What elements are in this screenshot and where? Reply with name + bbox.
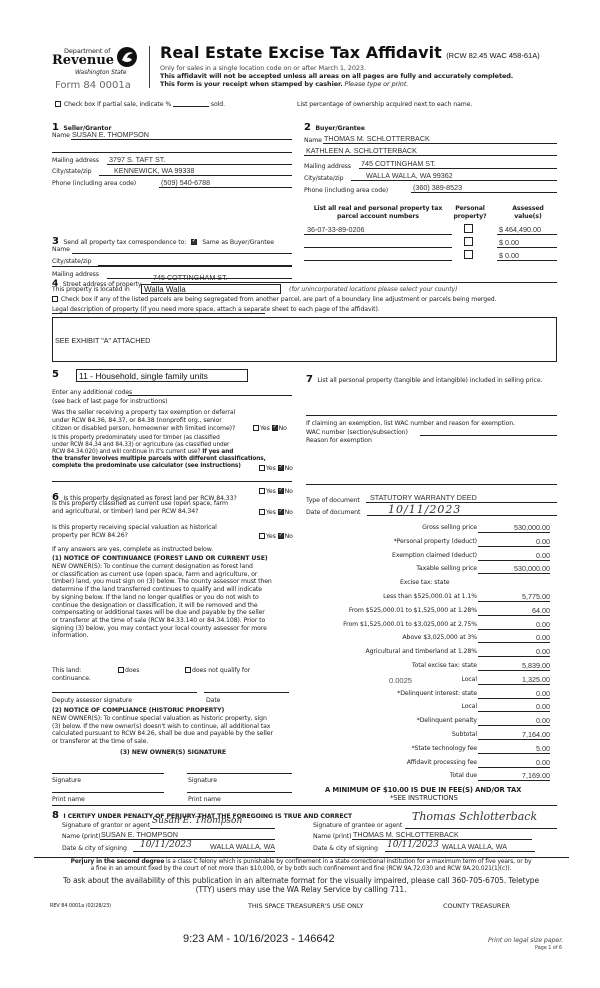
- header-note1: Only for sales in a single location code…: [160, 64, 366, 72]
- seller-city-underline: [99, 175, 292, 176]
- tax-label: Subtotal: [452, 731, 477, 738]
- buyer-name-underline: [323, 143, 557, 144]
- tax-bracket-row: Less than $525,000.01 at 1.1%5,775.00: [300, 591, 557, 603]
- street-underline: [151, 282, 557, 283]
- tax-label: Above $3,025,000 at 3%: [402, 634, 477, 641]
- tax-underline: [478, 656, 550, 657]
- tax-label: Total due: [450, 772, 477, 779]
- exemption-label: If claiming an exemption, list WAC numbe…: [306, 420, 515, 427]
- sec5-q2-answer: Yes No: [259, 465, 293, 472]
- seller-name-label: Name: [52, 132, 70, 139]
- parcel-row: $ 0.00: [304, 237, 557, 249]
- perjury-text1: is a class C felony which is punishable …: [166, 859, 531, 865]
- same-as-buyer-label: Same as Buyer/Grantee: [202, 239, 274, 246]
- does-checkbox[interactable]: [118, 667, 124, 673]
- footer-rule: [34, 857, 569, 858]
- tax-value-field[interactable]: 0.00: [536, 551, 550, 560]
- grantor-date-label: Date & city of signing: [62, 845, 127, 852]
- legal-description-label: Legal description of property (if you ne…: [52, 306, 380, 313]
- seller-phone-underline: [159, 187, 292, 188]
- buyer-city-underline: [351, 180, 557, 181]
- sec6-q3-line: property per RCW 84.26?: [52, 532, 217, 540]
- tax-value-field[interactable]: 0.00: [536, 689, 550, 698]
- grantee-name-label: Name (print): [313, 833, 351, 840]
- notice1-body: NEW OWNER(S): To continue the current de…: [52, 563, 272, 640]
- notice1-line: or classification as current use (open s…: [52, 571, 272, 579]
- q1-line: under RCW 84.36, 84.37, or 84.38 (nonpro…: [52, 417, 235, 425]
- assessed-underline: [497, 247, 557, 248]
- tax-underline: [478, 573, 550, 574]
- owner2-signature-field[interactable]: [187, 773, 292, 774]
- buyer-name-field[interactable]: THOMAS M. SCHLOTTERBACK: [324, 134, 430, 143]
- header-note2: This affidavit will not be accepted unle…: [160, 72, 513, 80]
- owner2-signature-label: Signature: [188, 777, 217, 784]
- parcels-col3-header: Assessed value(s): [500, 205, 556, 221]
- seller-name2-field[interactable]: [52, 152, 292, 153]
- tax-bracket-row: From $1,525,000.01 to $3,025,000 at 2.75…: [300, 619, 557, 631]
- no-label: No: [279, 425, 287, 432]
- tax-row: Gross selling price530,000.00: [300, 522, 557, 534]
- tax-underline: [478, 642, 550, 643]
- street-address-field[interactable]: 745 COTTINGHAM ST.: [153, 273, 228, 282]
- q1-line: citizen or disabled person, homeowner wi…: [52, 425, 235, 433]
- buyer-mailing-label: Mailing address: [304, 163, 351, 170]
- owner1-signature-label: Signature: [52, 777, 81, 784]
- tax-underline: [478, 601, 550, 602]
- grantee-city-field[interactable]: WALLA WALLA, WA: [442, 842, 507, 851]
- legal-description-text: SEE EXHIBIT "A" ATTACHED: [55, 336, 150, 345]
- partial-sale: Check box if partial sale, indicate % so…: [55, 101, 225, 108]
- seller-mailing-label: Mailing address: [52, 157, 99, 164]
- parcels-col2-header: Personal property?: [452, 205, 488, 221]
- section-number: 7: [306, 374, 313, 385]
- grantor-date-field[interactable]: 10/11/2023: [140, 840, 192, 850]
- notice1-line: information.: [52, 632, 272, 640]
- tax-underline: [478, 684, 550, 685]
- local-rate: 0.0025: [389, 676, 412, 685]
- this-land-label: This land:: [52, 667, 81, 674]
- grantee-date-field[interactable]: 10/11/2023: [387, 840, 439, 850]
- sec6-q3-answer: Yes No: [259, 533, 293, 540]
- tax-label: Local: [461, 703, 477, 710]
- q2-text: RCW 84.34.020) and will continue in it's…: [52, 449, 200, 455]
- owner2-print-label: Print name: [188, 796, 221, 803]
- tax-bracket-row: Agricultural and timberland at 1.28%0.00: [300, 646, 557, 658]
- buyer-phone-label: Phone (including area code): [304, 187, 388, 194]
- tax-underline: [478, 725, 550, 726]
- tax-label: Agricultural and timberland at 1.28%: [366, 648, 477, 655]
- tax-value-field[interactable]: 5.00: [536, 744, 550, 753]
- segregated-row: Check box if any of the listed parcels a…: [52, 296, 496, 303]
- q1-yes-checkbox[interactable]: [253, 425, 259, 431]
- doc-date-underline: [367, 515, 557, 516]
- header-note3-italic: Please type or print.: [345, 80, 409, 88]
- corr-name-label: Name: [52, 246, 70, 253]
- located-in-label: This property is located in: [52, 286, 130, 293]
- reason-field[interactable]: [306, 484, 557, 485]
- tax-underline: [478, 560, 550, 561]
- agency-line3: Washington State: [75, 69, 127, 76]
- delinquent-penalty-row: *Delinquent penalty0.00: [300, 715, 557, 727]
- tax-value-field[interactable]: 7,164.00: [522, 730, 550, 739]
- q2-no-checkbox[interactable]: [278, 465, 284, 471]
- sec6-q2-answer: Yes No: [259, 509, 293, 516]
- segregated-label: Check box if any of the listed parcels a…: [61, 296, 497, 303]
- tax-value-field[interactable]: 1,325.00: [522, 675, 550, 684]
- notice2-line: or transferor at the time of sale.: [52, 738, 273, 746]
- tax-label: *Delinquent penalty: [417, 717, 477, 724]
- additional-codes-note: (see back of last page for instructions): [52, 398, 168, 405]
- assessed-value-field[interactable]: $ 0.00: [499, 238, 519, 247]
- tax-value-field[interactable]: 0.00: [536, 647, 550, 656]
- tax-label: From $1,525,000.01 to $3,025,000 at 2.75…: [343, 621, 477, 628]
- section-2-buyer: 2 Buyer/Grantee Name THOMAS M. SCHLOTTER…: [304, 117, 557, 217]
- tax-label: Gross selling price: [422, 524, 477, 531]
- owner1-print-field[interactable]: [52, 792, 164, 793]
- sec5-q1-answer: Yes No: [253, 425, 287, 432]
- personal-property-checkbox[interactable]: [464, 250, 473, 259]
- seller-name-underline: [71, 139, 292, 140]
- tax-bracket-row: From $525,000.01 to $1,525,000 at 1.28%6…: [300, 605, 557, 617]
- excise-state-heading: Excise tax: state: [300, 577, 557, 589]
- assessed-underline: [497, 234, 557, 235]
- corr-name2-field[interactable]: [52, 266, 292, 267]
- tax-value-field[interactable]: 7,169.00: [522, 771, 550, 780]
- notice2-line: calculated pursuant to RCW 84.26, shall …: [52, 730, 273, 738]
- sec6-q2: Is this property classified as current u…: [52, 500, 228, 516]
- sec6-q2-line: Is this property classified as current u…: [52, 500, 228, 508]
- parcel-underline: [304, 260, 452, 261]
- tax-underline: [478, 739, 550, 740]
- grantor-name-field[interactable]: SUSAN E. THOMPSON: [101, 830, 178, 839]
- does-not-label: does not qualify for: [192, 667, 250, 674]
- partial-sale-percent-field[interactable]: [173, 106, 209, 107]
- owner1-print-label: Print name: [52, 796, 85, 803]
- sec6-instructions: If any answers are yes, complete as inst…: [52, 546, 213, 553]
- q2-bold: If yes and: [202, 449, 233, 455]
- parcel-underline: [304, 234, 452, 235]
- tax-underline: [478, 698, 550, 699]
- legal-description-field[interactable]: SEE EXHIBIT "A" ATTACHED: [52, 317, 557, 362]
- tax-underline: [478, 753, 550, 754]
- parcels-col1-header: List all real and personal property tax …: [308, 205, 448, 221]
- tax-value-field[interactable]: 0.00: [536, 537, 550, 546]
- local-tax-row: Local0.00251,325.00: [300, 674, 557, 686]
- grantor-date-underline: [133, 851, 275, 852]
- see-instructions: *SEE INSTRUCTIONS: [390, 794, 458, 802]
- delinquent-local-row: Local0.00: [300, 701, 557, 713]
- no-label: No: [285, 533, 293, 540]
- no-label: No: [285, 509, 293, 516]
- tax-value-field[interactable]: 0.00: [536, 758, 550, 767]
- tax-value-field[interactable]: 0.00: [536, 702, 550, 711]
- tax-label: From $525,000.01 to $1,525,000 at 1.28%: [349, 607, 477, 614]
- perjury-bold: Perjury in the second degree: [71, 859, 165, 865]
- deputy-signature-field[interactable]: [52, 692, 197, 693]
- tax-value-field[interactable]: 0.00: [536, 620, 550, 629]
- total-state-row: Total excise tax: state5,839.00: [300, 660, 557, 672]
- tax-label: Less than $525,000.01 at 1.1%: [383, 593, 477, 600]
- county-select[interactable]: Walla Walla: [141, 284, 281, 294]
- minimum-note: A MINIMUM OF $10.00 IS DUE IN FEE(S) AND…: [325, 786, 521, 794]
- buyer-phone-underline: [411, 192, 557, 193]
- partial-sale-label: Check box if partial sale, indicate %: [64, 101, 171, 108]
- ownership-note: List percentage of ownership acquired ne…: [297, 101, 472, 108]
- q1-line: Was the seller receiving a property tax …: [52, 409, 235, 417]
- deputy-date-field[interactable]: [204, 692, 289, 693]
- seller-phone-field[interactable]: (509) 540-6788: [161, 178, 210, 187]
- doc-date-label: Date of document: [306, 509, 360, 516]
- tax-label: *Delinquent interest: state: [397, 690, 477, 697]
- buyer-heading-text: Buyer/Grantee: [315, 125, 364, 132]
- corr-city-field[interactable]: [98, 265, 292, 266]
- yes-label: Yes: [266, 533, 276, 540]
- county-treasurer: COUNTY TREASURER: [443, 902, 510, 910]
- grantee-name-field[interactable]: THOMAS M. SCHLOTTERBACK: [353, 830, 459, 839]
- does-option: does: [118, 667, 139, 674]
- header-note3-plain: This form is your receipt when stamped b…: [160, 80, 343, 88]
- historical-yes-checkbox[interactable]: [259, 533, 265, 539]
- tax-underline: [478, 532, 550, 533]
- seller-phone-label: Phone (including area code): [52, 180, 136, 187]
- buyer-name2-underline: [304, 155, 557, 156]
- buyer-heading: 2 Buyer/Grantee: [304, 117, 365, 135]
- notice1-title: (1) NOTICE OF CONTINUANCE (FOREST LAND O…: [52, 555, 268, 562]
- does-not-checkbox[interactable]: [185, 667, 191, 673]
- rev-number: REV 84 0001a (02/28/23): [50, 903, 111, 909]
- tax-label: Taxable selling price: [416, 565, 477, 572]
- wac-label: WAC number (section/subsection): [306, 429, 408, 436]
- q2-bold-line: the transfer involves multiple parcels w…: [52, 456, 266, 463]
- tax-underline: [478, 615, 550, 616]
- yes-label: Yes: [266, 465, 276, 472]
- tax-label: *Personal property (deduct): [394, 538, 477, 545]
- dor-logo: Department of Revenue Washington State: [50, 45, 150, 85]
- same-as-buyer-checkbox[interactable]: [191, 239, 197, 245]
- doc-type-label: Type of document: [306, 497, 360, 504]
- tax-underline: [478, 629, 550, 630]
- seller-mailing-field[interactable]: 3797 S. TAFT ST.: [109, 155, 165, 164]
- deputy-date-label: Date: [206, 697, 220, 704]
- alt-format-line1: To ask about the availability of this pu…: [26, 876, 576, 885]
- buyer-city-field[interactable]: WALLA WALLA, WA 99362: [366, 171, 453, 180]
- seller-city-label: City/state/zip: [52, 168, 91, 175]
- legal-label-underline: [52, 313, 265, 314]
- personal-property-checkbox[interactable]: [464, 224, 473, 233]
- tax-label: *State technology fee: [412, 745, 477, 752]
- personal-property-field[interactable]: [306, 415, 557, 416]
- use-code-value: 11 - Household, single family units: [79, 371, 208, 381]
- no-label: No: [285, 488, 293, 495]
- tax-calculation: Gross selling price530,000.00*Personal p…: [300, 518, 557, 778]
- tax-row: *Personal property (deduct)0.00: [300, 536, 557, 548]
- tax-value-field[interactable]: 0.00: [536, 633, 550, 642]
- wac-field[interactable]: [420, 435, 557, 436]
- correspondence-heading: 3 Send all property tax correspondence t…: [52, 231, 274, 249]
- no-label: No: [285, 465, 293, 472]
- form-number: Form 84 0001a: [55, 80, 131, 91]
- tax-underline: [478, 780, 550, 781]
- additional-codes-label: Enter any additional codes: [52, 389, 132, 396]
- notice1-line: determine if the land transferred contin…: [52, 586, 272, 594]
- alt-format-notice: To ask about the availability of this pu…: [26, 876, 576, 894]
- additional-codes-field[interactable]: [128, 395, 292, 396]
- notice2-line: (3) below. If the new owner(s) doesn't w…: [52, 723, 273, 731]
- tax-underline: [478, 546, 550, 547]
- notice1-line: NEW OWNER(S): To continue the current de…: [52, 563, 272, 571]
- personal-property-checkbox[interactable]: [464, 237, 473, 246]
- grantor-name-label: Name (print): [62, 833, 100, 840]
- title-text: Real Estate Excise Tax Affidavit: [160, 43, 442, 62]
- tax-row: Exemption claimed (deduct)0.00: [300, 550, 557, 562]
- county-select-value: Walla Walla: [144, 285, 186, 294]
- buyer-mailing-field[interactable]: 745 COTTINGHAM ST.: [361, 159, 436, 168]
- does-not-option: does not qualify for: [185, 667, 250, 674]
- perjury-line2: a fine in an amount fixed by the court o…: [26, 866, 576, 873]
- q2-yes-checkbox[interactable]: [259, 465, 265, 471]
- grantee-name-underline: [352, 839, 532, 840]
- historical-no-checkbox[interactable]: [278, 533, 284, 539]
- buyer-phone-field[interactable]: (360) 389-8523: [413, 183, 462, 192]
- buyer-name2-field[interactable]: KATHLEEN A. SCHLOTTERBACK: [306, 146, 417, 155]
- does-label: does: [125, 667, 139, 674]
- tax-value-field[interactable]: 5,775.00: [522, 592, 550, 601]
- tech-fee-row: *State technology fee5.00: [300, 743, 557, 755]
- page-number: Page 1 of 6: [535, 945, 562, 951]
- tax-value-field[interactable]: 530,000.00: [514, 523, 550, 532]
- buyer-city-label: City/state/zip: [304, 175, 343, 182]
- total-due-row: Total due7,169.00: [300, 770, 557, 782]
- notice1-line: continue the designation or classificati…: [52, 602, 272, 610]
- tax-label: Excise tax: state: [400, 579, 450, 586]
- sec6-q1-answer: Yes No: [259, 488, 293, 495]
- assessed-underline: [497, 260, 557, 261]
- corr-city-label: City/state/zip: [52, 258, 91, 265]
- tax-row: Taxable selling price530,000.00: [300, 563, 557, 575]
- section-1-seller: 1 Seller/Grantor Name SUSAN E. THOMPSON …: [52, 117, 292, 217]
- treasurer-space: THIS SPACE TREASURER'S USE ONLY: [248, 902, 363, 910]
- owner2-print-field[interactable]: [187, 792, 292, 793]
- alt-format-line2: (TTY) users may use the WA Relay Service…: [26, 885, 576, 894]
- grantor-sig-label: Signature of grantor or agent: [62, 822, 150, 829]
- perjury-notice: Perjury in the second degree is a class …: [26, 859, 576, 873]
- q2-line: RCW 84.34.020) and will continue in it's…: [52, 449, 266, 456]
- delinquent-state-row: *Delinquent interest: state0.00: [300, 688, 557, 700]
- q2-bold-line: complete the predominate use calculator …: [52, 463, 266, 470]
- q1-no-checkbox[interactable]: [272, 425, 278, 431]
- sec5-q2: Is this property predominately used for …: [52, 435, 266, 470]
- notice2-line: NEW OWNER(S): To continue special valuat…: [52, 715, 273, 723]
- tax-label: Exemption claimed (deduct): [392, 552, 477, 559]
- use-code-select[interactable]: 11 - Household, single family units: [76, 369, 248, 382]
- section-number: 5: [52, 369, 59, 380]
- notice2-title: (2) NOTICE OF COMPLIANCE (HISTORIC PROPE…: [52, 707, 224, 714]
- grantee-date-label: Date & city of signing: [313, 845, 378, 852]
- perjury-line1: Perjury in the second degree is a class …: [26, 859, 576, 866]
- grantor-city-field[interactable]: WALLA WALLA, WA: [210, 842, 275, 851]
- continuance-label: continuance.: [52, 675, 91, 682]
- corr-name-field[interactable]: [72, 253, 292, 254]
- title-ref: (RCW 82.45 WAC 458-61A): [446, 51, 540, 60]
- agency-line2: Revenue: [52, 53, 114, 68]
- processing-fee-row: Affidavit processing fee0.00: [300, 757, 557, 769]
- forest-yes-checkbox[interactable]: [259, 488, 265, 494]
- seller-name-field[interactable]: SUSAN E. THOMPSON: [72, 130, 149, 139]
- grantee-sig-underline: [405, 828, 557, 829]
- grantor-sig-underline: [150, 828, 275, 829]
- yes-label: Yes: [266, 488, 276, 495]
- sec6-q2-line: and agricultural, or timber) land per RC…: [52, 508, 228, 516]
- notice1-line: signing (3) below, you may contact your …: [52, 625, 272, 633]
- sec5-divider: [52, 481, 292, 482]
- header-note3: This form is your receipt when stamped b…: [160, 80, 408, 88]
- tax-bracket-row: Above $3,025,000 at 3%0.00: [300, 632, 557, 644]
- buyer-mailing-underline: [359, 168, 557, 169]
- tax-underline: [478, 670, 550, 671]
- grantor-signature[interactable]: Susan E. Thompson: [152, 816, 242, 826]
- deputy-label: Deputy assessor signature: [52, 697, 132, 704]
- seller-city-field[interactable]: KENNEWICK, WA 99338: [114, 166, 194, 175]
- section-7: 7 List all personal property (tangible a…: [306, 369, 556, 387]
- q2-line: Is this property predominately used for …: [52, 435, 266, 442]
- parcel-underline: [304, 247, 452, 248]
- grantee-sig-label: Signature of grantee or agent: [313, 822, 402, 829]
- tax-value-field[interactable]: 530,000.00: [514, 564, 550, 573]
- tax-label: Local: [461, 676, 477, 683]
- forest-no-checkbox[interactable]: [278, 488, 284, 494]
- sec5-q1: Was the seller receiving a property tax …: [52, 409, 235, 433]
- tax-underline: [478, 767, 550, 768]
- assessed-value-field[interactable]: $ 464,490.00: [499, 225, 541, 234]
- parcel-number-field[interactable]: 36-07-33-89-0206: [307, 225, 365, 234]
- header-divider: [149, 46, 150, 88]
- current-use-no-checkbox[interactable]: [278, 509, 284, 515]
- assessed-value-field[interactable]: $ 0.00: [499, 251, 519, 260]
- sec6-q3-line: Is this property receiving special valua…: [52, 524, 217, 532]
- yes-label: Yes: [266, 509, 276, 516]
- grantee-signature[interactable]: Thomas Schlotterback: [412, 810, 537, 823]
- notice2-body: NEW OWNER(S): To continue special valuat…: [52, 715, 273, 746]
- reason-label: Reason for exemption: [306, 437, 372, 444]
- sec6-q3: Is this property receiving special valua…: [52, 524, 217, 540]
- segregated-checkbox[interactable]: [52, 296, 58, 302]
- partial-sale-checkbox[interactable]: [55, 101, 61, 107]
- parcel-row: $ 0.00: [304, 250, 557, 262]
- tax-label: Total excise tax: state: [412, 662, 477, 669]
- tax-value-field[interactable]: 64.00: [532, 606, 550, 615]
- owner1-signature-field[interactable]: [52, 773, 164, 774]
- tax-value-field[interactable]: 5,839.00: [522, 661, 550, 670]
- tax-value-field[interactable]: 0.00: [536, 716, 550, 725]
- seller-mailing-underline: [107, 164, 292, 165]
- receipt-stamp: 9:23 AM - 10/16/2023 - 146642: [183, 933, 335, 945]
- doc-type-field[interactable]: STATUTORY WARRANTY DEED: [370, 493, 477, 502]
- notice1-line: by signing below. If the land no longer …: [52, 594, 272, 602]
- notice1-line: compensating or additional taxes will be…: [52, 609, 272, 617]
- buyer-name-label: Name: [304, 137, 322, 144]
- partial-sale-suffix: sold.: [211, 101, 225, 108]
- correspondence-label: Send all property tax correspondence to:: [63, 239, 186, 246]
- print-note: Print on legal size paper.: [488, 937, 563, 944]
- grantee-date-underline: [385, 851, 535, 852]
- form-title: Real Estate Excise Tax Affidavit (RCW 82…: [160, 43, 540, 63]
- section-number: 2: [304, 122, 311, 133]
- parcel-row: 36-07-33-89-0206 $ 464,490.00: [304, 224, 557, 236]
- current-use-yes-checkbox[interactable]: [259, 509, 265, 515]
- notice1-line: timber) land, you must sign on (3) below…: [52, 578, 272, 586]
- notice1-line: or transferor at the time of sale (RCW 8…: [52, 617, 272, 625]
- section7-label: List all personal property (tangible and…: [317, 377, 542, 384]
